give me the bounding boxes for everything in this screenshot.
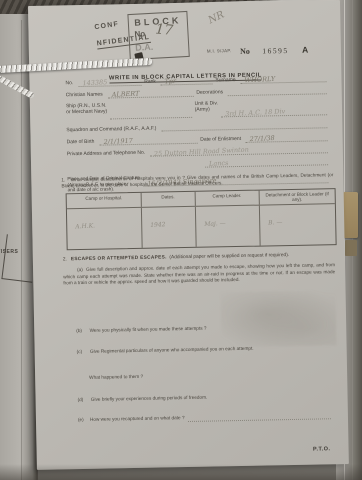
christian-names-field: ALBERT	[108, 89, 194, 99]
form-row-ship-unit: Ship (R.N., U.S.N. or Merchant Navy) Uni…	[66, 99, 330, 121]
questionnaire-page: CONF NFIDENTIAL BLOCK No 17 D.A. NR M.I.…	[28, 0, 349, 470]
unit-div-value-handwritten: 3rd H. A.C. 18 Div	[225, 108, 286, 119]
address-field: 25 Dutton Hill Road Swinton	[150, 145, 328, 156]
question-2-title: ESCAPES OR ATTEMPTED ESCAPES.	[71, 255, 167, 262]
question-2c-followup: What happened to them ?	[89, 370, 361, 382]
no-value-handwritten: 143385	[82, 78, 107, 87]
surname-label: Surname	[215, 78, 237, 84]
header-dates: Dates.	[142, 192, 196, 207]
surname-value-handwritten: WHORLY	[244, 75, 275, 84]
camps-table-row: A.H.K. 1942 Maj. — B. —	[67, 204, 336, 249]
block-number-stamp: BLOCK No 17 D.A.	[127, 11, 189, 60]
block-number-handwritten: 17	[155, 21, 174, 38]
question-2a: (a) Give full description and approx. da…	[63, 262, 335, 287]
question-2-heading: 2. ESCAPES OR ATTEMPTED ESCAPES. (Additi…	[63, 252, 335, 262]
question-2c-text: Give Regimental particulars of anyone wh…	[90, 346, 254, 354]
side-page-text: VISERS	[0, 249, 18, 255]
question-2c-followup-text: What happened to them ?	[89, 374, 143, 380]
block-stamp-sub: D.A.	[135, 42, 154, 53]
decorations-field	[228, 86, 327, 96]
form-row-dob-enlistment: Date of Birth 2/1/1917 Date of Enlistmen…	[67, 133, 331, 146]
question-2a-label: (a)	[77, 267, 83, 272]
question-2b-label: (b)	[76, 328, 88, 335]
form-row-address-2: Lancs	[67, 157, 331, 170]
mi9-no-label: No	[240, 47, 250, 56]
question-2d-text: Give briefly your experiences during per…	[91, 395, 208, 402]
camps-table: Camp or Hospital. Dates. Camp Leader. De…	[66, 188, 337, 250]
no-field: 143385	[78, 78, 141, 87]
no-label: No.	[65, 81, 75, 87]
unit-div-field: 3rd H. A.C. 18 Div	[221, 108, 327, 118]
block-stamp-no-label: No	[134, 29, 145, 39]
question-2d-label: (d)	[78, 397, 90, 404]
photographed-document: VISERS CONF NFIDENTIAL BLOCK No 17 D.A. …	[0, 0, 362, 480]
question-2d: (d) Give briefly your experiences during…	[78, 392, 350, 404]
header-camp-or-hospital: Camp or Hospital.	[67, 193, 142, 208]
question-2b-text: Were you physically fit when you made th…	[90, 326, 207, 333]
question-2e-label: (e)	[78, 417, 90, 424]
ship-field	[110, 110, 192, 120]
cell-camp: A.H.K.	[67, 208, 143, 249]
date-of-birth-label: Date of Birth	[67, 140, 97, 146]
tan-index-tab	[343, 192, 358, 238]
surname-field: WHORLY	[241, 74, 327, 84]
mi9-prefix: M.I. 9/JAP.	[207, 48, 232, 53]
question-2e-field	[187, 412, 331, 422]
rank-label: Rank	[144, 80, 158, 86]
question-2a-text: Give full description and approx. date o…	[63, 262, 335, 285]
rank-field: Tpr	[161, 76, 213, 85]
address-value-2-handwritten: Lancs	[209, 159, 229, 168]
cell-detachment-leader: B. —	[260, 204, 336, 245]
question-2-note: (Additional paper will be supplied on re…	[169, 253, 289, 260]
mi9-suffix-letter: A	[302, 45, 308, 55]
ship-label: Ship (R.N., U.S.N. or Merchant Navy)	[66, 103, 107, 116]
ink-bleed-smudge	[221, 290, 337, 347]
date-of-enlistment-field: 27/1/38	[246, 133, 328, 143]
header-camp-leader: Camp Leader.	[195, 191, 260, 206]
tan-index-tab-small	[345, 240, 357, 256]
cell-camp-leader: Maj. —	[196, 206, 261, 247]
header-detachment-leader: Detachment or Block Leader (if any).	[260, 189, 335, 204]
pto-footer: P.T.O.	[313, 446, 331, 452]
form-row-squadron: Squadron and Command (R.A.F., A.A.F.)	[66, 121, 330, 134]
date-of-birth-value-handwritten: 2/1/1917	[103, 136, 133, 145]
date-of-birth-field: 2/1/1917	[99, 135, 197, 145]
confidential-stamp-top: CONF	[94, 21, 119, 31]
mi9-reference-line: M.I. 9/JAP. No 16595 A	[207, 40, 309, 60]
mi9-number: 16595	[262, 46, 288, 56]
address-field-2: Lancs	[205, 157, 328, 167]
squadron-label: Squadron and Command (R.A.F., A.A.F.)	[66, 126, 158, 134]
address-label: Private Address and Telephone No.	[67, 151, 147, 158]
form-row-address: Private Address and Telephone No. 25 Dut…	[67, 145, 331, 158]
decorations-label: Decorations	[196, 91, 225, 97]
question-2e-text: How were you recaptured and on what date…	[90, 415, 185, 423]
form-row-christian-decorations: Christian Names ALBERT Decorations	[66, 86, 330, 99]
rank-value-handwritten: Tpr	[165, 77, 177, 86]
squadron-field	[161, 121, 327, 132]
question-2-number: 2.	[63, 257, 67, 262]
pencil-scribble: NR	[207, 9, 226, 26]
christian-names-value-handwritten: ALBERT	[112, 90, 140, 99]
cell-dates: 1942	[142, 207, 196, 248]
date-of-enlistment-label: Date of Enlistment	[200, 137, 243, 144]
bottom-shadow	[0, 464, 362, 480]
question-2e: (e) How were you recaptured and on what …	[78, 412, 334, 424]
address-value-handwritten: 25 Dutton Hill Road Swinton	[154, 145, 249, 157]
question-2c-label: (c)	[77, 349, 89, 356]
question-1-number: 1.	[61, 177, 65, 182]
unit-div-label: Unit & Div. (Army)	[195, 101, 218, 113]
question-2c: (c) Give Regimental particulars of anyon…	[77, 344, 349, 356]
date-of-enlistment-value-handwritten: 27/1/38	[250, 134, 275, 143]
christian-names-label: Christian Names	[66, 93, 105, 99]
